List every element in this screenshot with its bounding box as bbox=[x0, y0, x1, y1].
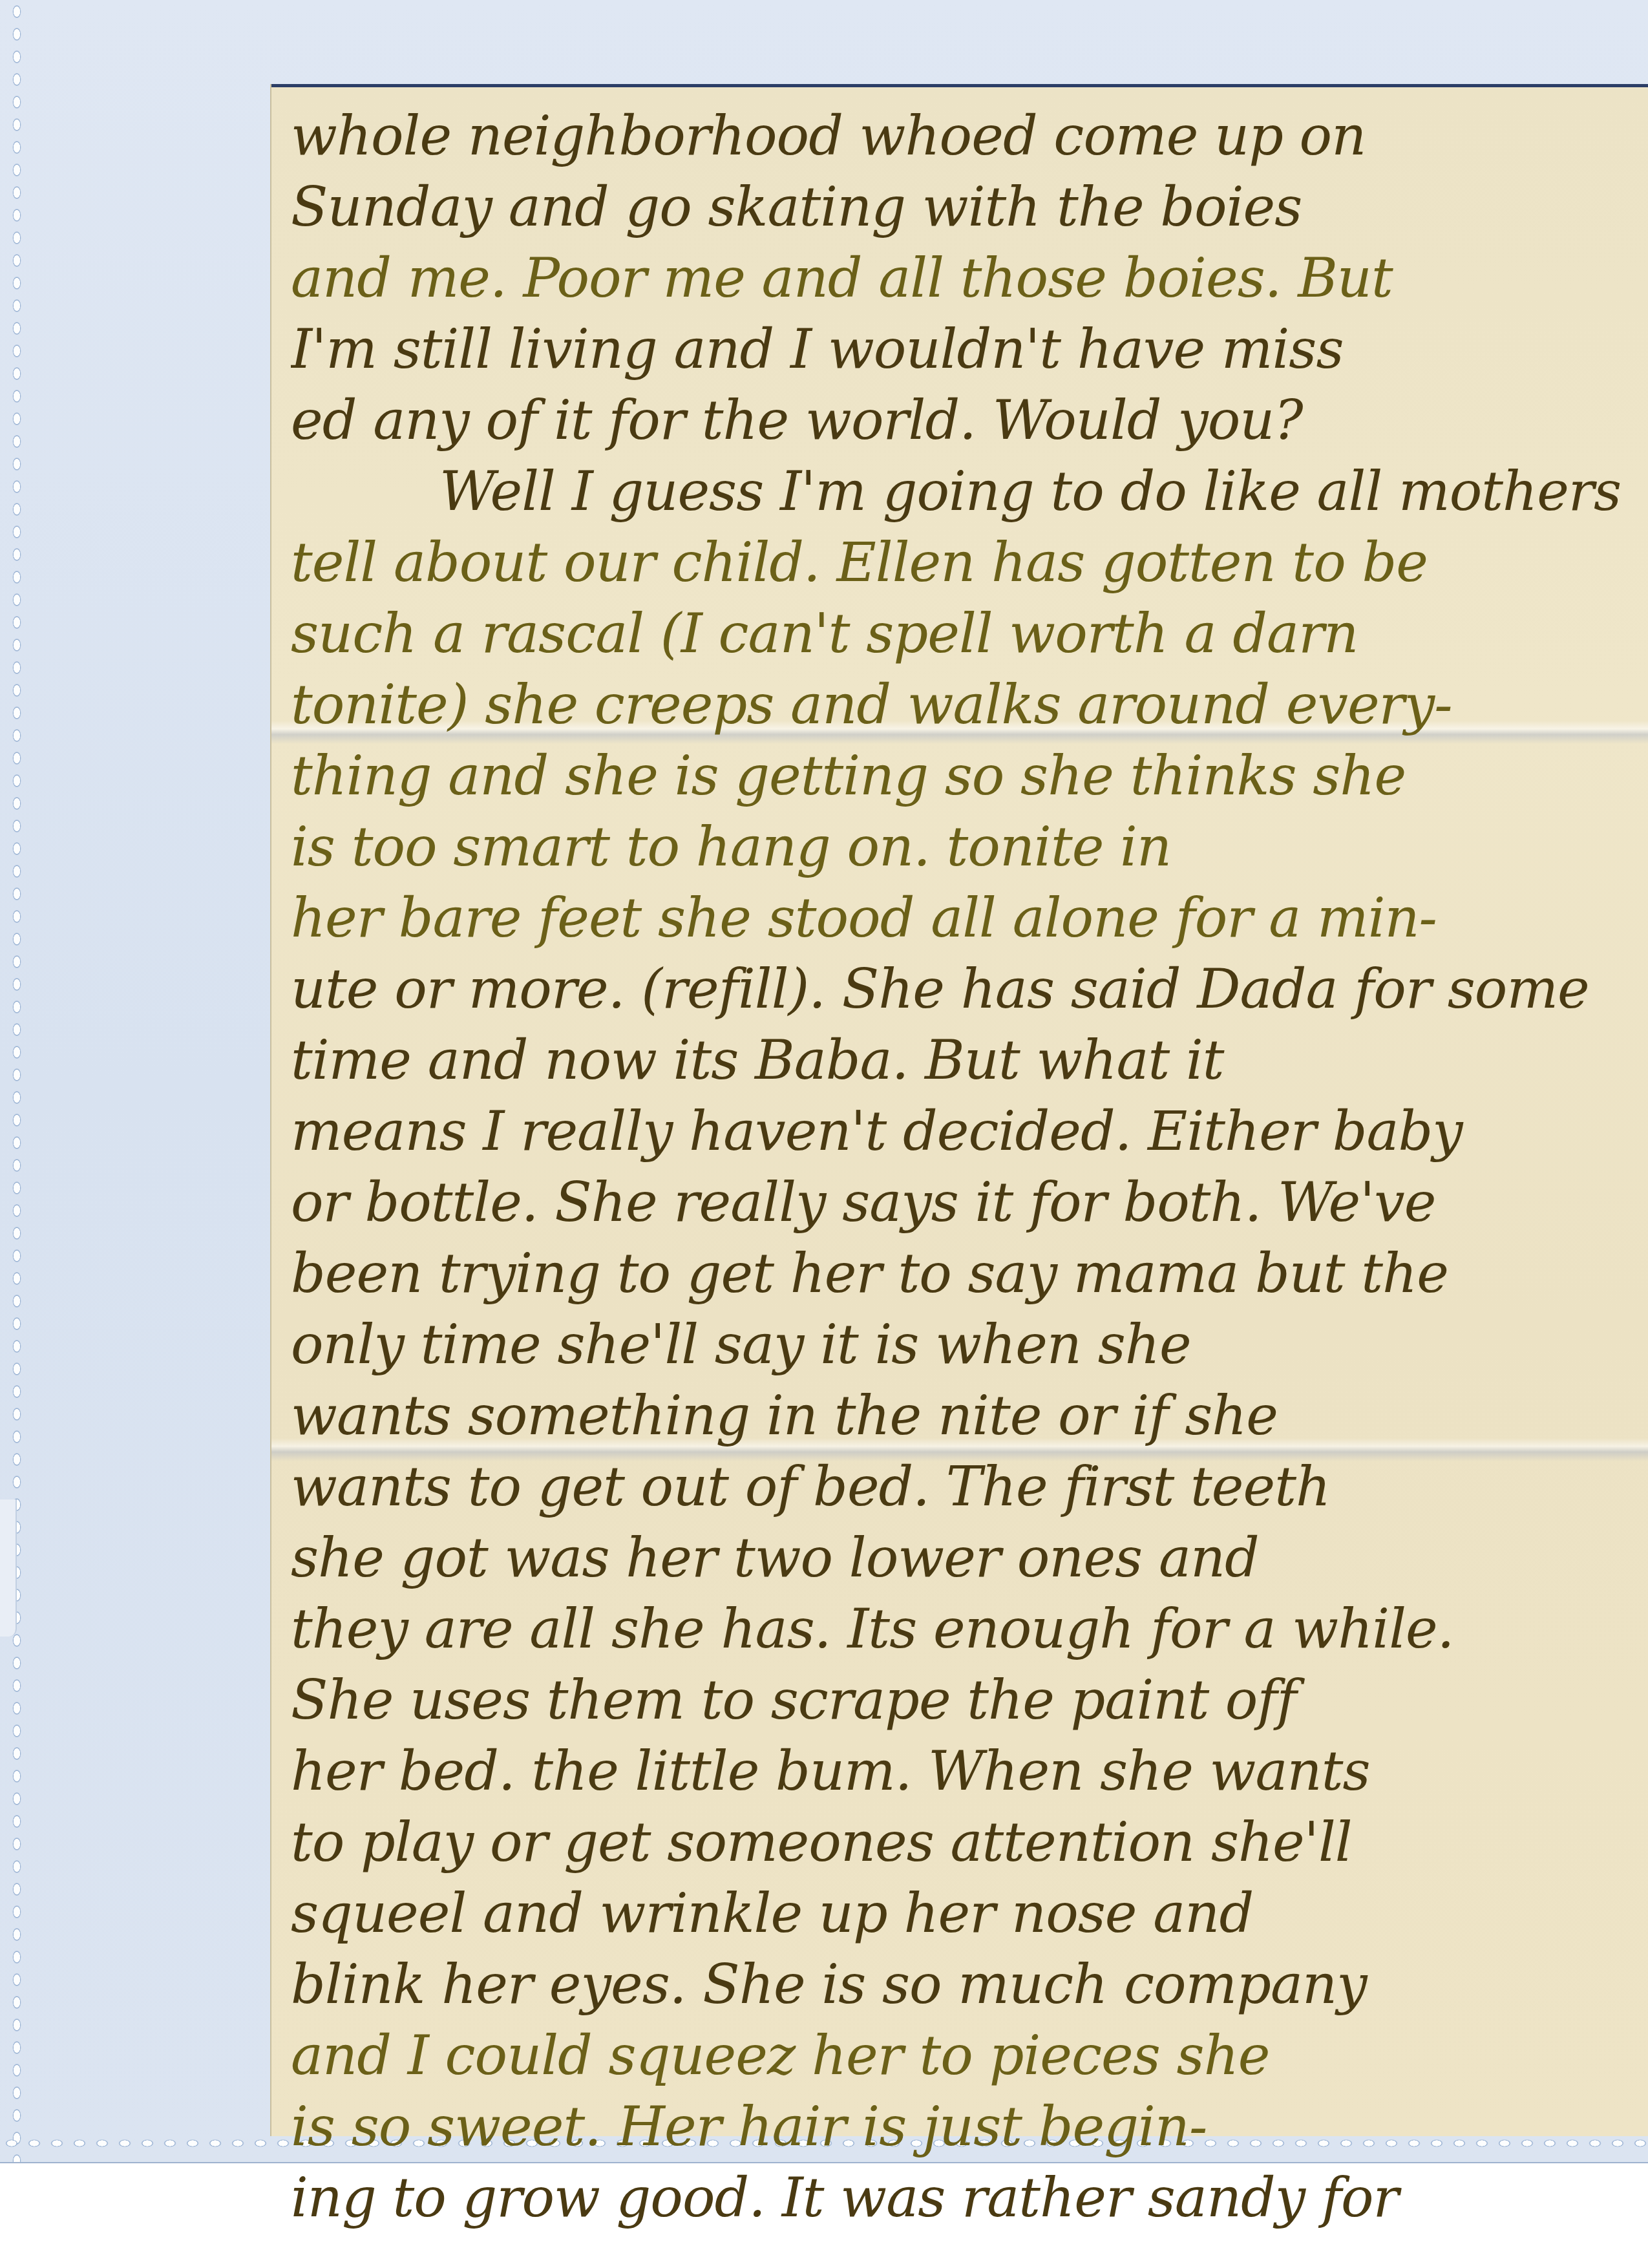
letter-line: is too smart to hang on. tonite in bbox=[291, 811, 1642, 882]
letter-line: she got was her two lower ones and bbox=[291, 1522, 1642, 1593]
letter-line: Well I guess I'm going to do like all mo… bbox=[291, 456, 1642, 527]
letter-line: her bed. the little bum. When she wants bbox=[291, 1735, 1642, 1807]
letter-line: She uses them to scrape the paint off bbox=[291, 1664, 1642, 1735]
letter-line: tonite) she creeps and walks around ever… bbox=[291, 669, 1642, 740]
letter-line: wants to get out of bed. The first teeth bbox=[291, 1451, 1642, 1522]
letter-line: ed any of it for the world. Would you? bbox=[291, 385, 1642, 456]
letter-line: tell about our child. Ellen has gotten t… bbox=[291, 527, 1642, 598]
letter-line: squeel and wrinkle up her nose and bbox=[291, 1878, 1642, 1949]
letter-page: whole neighborhood whoed come up onSunda… bbox=[271, 84, 1648, 2136]
letter-body: whole neighborhood whoed come up onSunda… bbox=[291, 100, 1642, 2233]
letter-line: they are all she has. Its enough for a w… bbox=[291, 1593, 1642, 1664]
letter-line: time and now its Baba. But what it bbox=[291, 1024, 1642, 1096]
sheet-protector: whole neighborhood whoed come up onSunda… bbox=[0, 0, 1648, 2163]
letter-line: been trying to get her to say mama but t… bbox=[291, 1238, 1642, 1309]
binding-perforations-left bbox=[9, 0, 25, 2162]
letter-line: and I could squeez her to pieces she bbox=[291, 2020, 1642, 2091]
letter-line: such a rascal (I can't spell worth a dar… bbox=[291, 598, 1642, 669]
letter-line: Sunday and go skating with the boies bbox=[291, 171, 1642, 242]
letter-line: blink her eyes. She is so much company bbox=[291, 1949, 1642, 2020]
letter-line: and me. Poor me and all those boies. But bbox=[291, 242, 1642, 313]
letter-line: is so sweet. Her hair is just begin- bbox=[291, 2091, 1642, 2162]
letter-line: I'm still living and I wouldn't have mis… bbox=[291, 313, 1642, 385]
letter-line: ing to grow good. It was rather sandy fo… bbox=[291, 2162, 1642, 2233]
letter-line: her bare feet she stood all alone for a … bbox=[291, 882, 1642, 953]
letter-line: to play or get someones attention she'll bbox=[291, 1807, 1642, 1878]
protector-index-tab bbox=[0, 1500, 17, 1637]
letter-line: thing and she is getting so she thinks s… bbox=[291, 740, 1642, 811]
letter-line: or bottle. She really says it for both. … bbox=[291, 1167, 1642, 1238]
letter-line: ute or more. (refill). She has said Dada… bbox=[291, 953, 1642, 1024]
letter-line: wants something in the nite or if she bbox=[291, 1380, 1642, 1451]
letter-line: whole neighborhood whoed come up on bbox=[291, 100, 1642, 171]
letter-line: only time she'll say it is when she bbox=[291, 1309, 1642, 1380]
letter-line: means I really haven't decided. Either b… bbox=[291, 1096, 1642, 1167]
